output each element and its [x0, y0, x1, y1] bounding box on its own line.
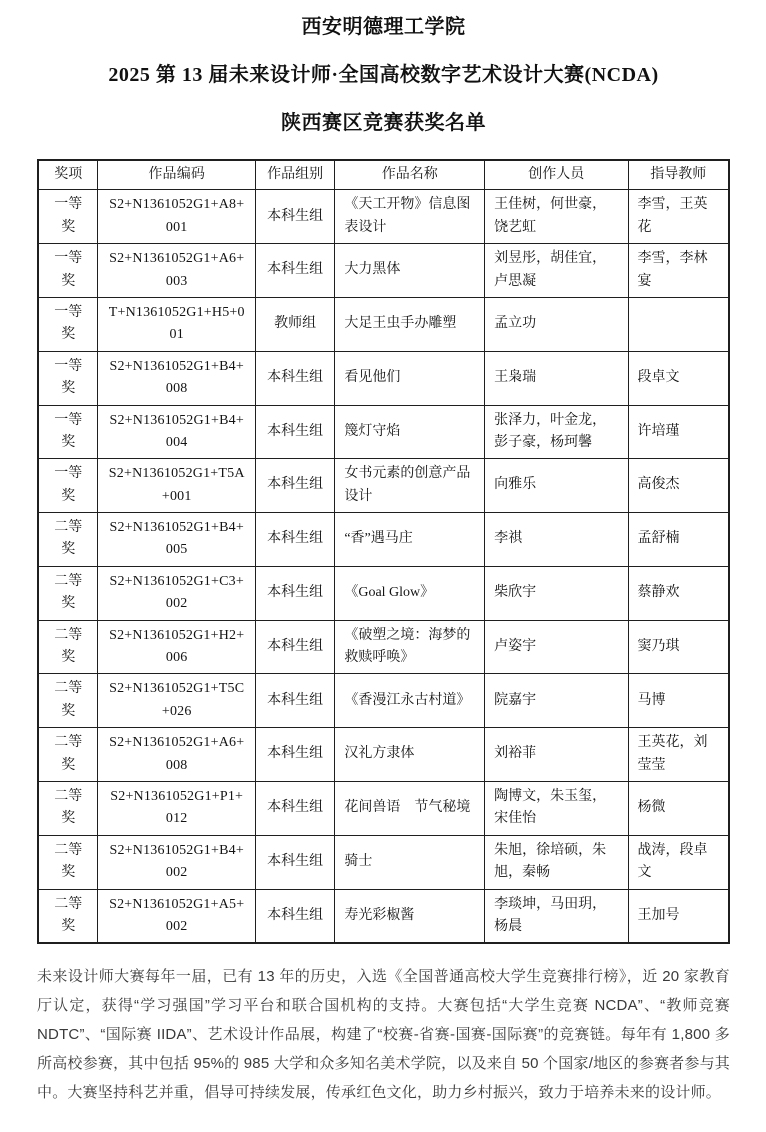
table-cell: 本科生组: [255, 459, 334, 513]
table-cell: S2+N1361052G1+A6+003: [98, 244, 255, 298]
awards-table-head: 奖项作品编码作品组别作品名称创作人员指导教师: [38, 160, 729, 190]
table-cell: 本科生组: [255, 620, 334, 674]
table-cell: 大足王虫手办雕塑: [335, 297, 485, 351]
table-cell: 二等奖: [38, 728, 98, 782]
table-cell: S2+N1361052G1+B4+005: [98, 513, 255, 567]
table-cell: S2+N1361052G1+B4+004: [98, 405, 255, 459]
table-cell: 刘昱彤，胡佳宜，卢思凝: [485, 244, 628, 298]
school-name-title: 西安明德理工学院: [37, 16, 730, 39]
table-cell: 本科生组: [255, 405, 334, 459]
table-row: 一等奖S2+N1361052G1+B4+004本科生组篾灯守焰张泽力，叶金龙，彭…: [38, 405, 729, 459]
table-cell: 张泽力，叶金龙，彭子豪，杨珂馨: [485, 405, 628, 459]
table-cell: 本科生组: [255, 781, 334, 835]
table-cell: 本科生组: [255, 835, 334, 889]
table-cell: 大力黑体: [335, 244, 485, 298]
table-cell: 本科生组: [255, 566, 334, 620]
table-cell: 二等奖: [38, 620, 98, 674]
table-cell: 蔡静欢: [628, 566, 729, 620]
table-cell: 李祺: [485, 513, 628, 567]
table-cell: 一等奖: [38, 459, 98, 513]
table-cell: S2+N1361052G1+C3+002: [98, 566, 255, 620]
table-cell: T+N1361052G1+H5+001: [98, 297, 255, 351]
table-cell: S2+N1361052G1+P1+012: [98, 781, 255, 835]
table-cell: 王英花，刘莹莹: [628, 728, 729, 782]
table-cell: 二等奖: [38, 835, 98, 889]
table-cell: 向雅乐: [485, 459, 628, 513]
table-cell: 王加号: [628, 889, 729, 943]
table-cell: 寿光彩椒酱: [335, 889, 485, 943]
table-cell: 院嘉宇: [485, 674, 628, 728]
table-cell: 朱旭，徐培硕，朱旭，秦畅: [485, 835, 628, 889]
table-cell: S2+N1361052G1+T5A+001: [98, 459, 255, 513]
table-cell: 孟立功: [485, 297, 628, 351]
table-cell: 王枭瑞: [485, 351, 628, 405]
table-cell: 《Goal Glow》: [335, 566, 485, 620]
table-cell: S2+N1361052G1+A6+008: [98, 728, 255, 782]
table-cell: 二等奖: [38, 781, 98, 835]
table-cell: [628, 297, 729, 351]
table-row: 二等奖S2+N1361052G1+B4+005本科生组“香”遇马庄李祺孟舒楠: [38, 513, 729, 567]
table-cell: 段卓文: [628, 351, 729, 405]
table-cell: S2+N1361052G1+B4+008: [98, 351, 255, 405]
table-cell: 孟舒楠: [628, 513, 729, 567]
column-header: 作品名称: [335, 160, 485, 190]
table-row: 二等奖S2+N1361052G1+H2+006本科生组《破塑之境：海梦的救赎呼唤…: [38, 620, 729, 674]
table-cell: 李雪，王英花: [628, 190, 729, 244]
table-row: 二等奖S2+N1361052G1+P1+012本科生组花间兽语 节气秘境陶博文，…: [38, 781, 729, 835]
table-row: 一等奖S2+N1361052G1+T5A+001本科生组女书元素的创意产品设计向…: [38, 459, 729, 513]
table-cell: 李雪，李林宴: [628, 244, 729, 298]
table-cell: 窦乃琪: [628, 620, 729, 674]
table-cell: 高俊杰: [628, 459, 729, 513]
table-cell: 篾灯守焰: [335, 405, 485, 459]
table-cell: 二等奖: [38, 513, 98, 567]
awards-table-body: 一等奖S2+N1361052G1+A8+001本科生组《天工开物》信息图表设计王…: [38, 190, 729, 943]
table-cell: 卢姿宇: [485, 620, 628, 674]
table-cell: 战涛，段卓文: [628, 835, 729, 889]
table-cell: 一等奖: [38, 297, 98, 351]
table-cell: 王佳树，何世豪，饶艺虹: [485, 190, 628, 244]
table-cell: 一等奖: [38, 244, 98, 298]
table-cell: 二等奖: [38, 889, 98, 943]
column-header: 创作人员: [485, 160, 628, 190]
table-cell: S2+N1361052G1+A5+002: [98, 889, 255, 943]
column-header: 作品编码: [98, 160, 255, 190]
column-header: 作品组别: [255, 160, 334, 190]
table-cell: 二等奖: [38, 674, 98, 728]
table-row: 二等奖S2+N1361052G1+B4+002本科生组骑士朱旭，徐培硕，朱旭，秦…: [38, 835, 729, 889]
document-page: 西安明德理工学院 2025 第 13 届未来设计师·全国高校数字艺术设计大赛(N…: [0, 0, 766, 1132]
table-cell: S2+N1361052G1+H2+006: [98, 620, 255, 674]
table-cell: 本科生组: [255, 351, 334, 405]
header-row: 奖项作品编码作品组别作品名称创作人员指导教师: [38, 160, 729, 190]
table-row: 一等奖S2+N1361052G1+A6+003本科生组大力黑体刘昱彤，胡佳宜，卢…: [38, 244, 729, 298]
table-row: 二等奖S2+N1361052G1+C3+002本科生组《Goal Glow》柴欣…: [38, 566, 729, 620]
table-cell: S2+N1361052G1+A8+001: [98, 190, 255, 244]
table-row: 一等奖S2+N1361052G1+B4+008本科生组看见他们王枭瑞段卓文: [38, 351, 729, 405]
table-cell: 本科生组: [255, 728, 334, 782]
table-cell: 汉礼方隶体: [335, 728, 485, 782]
table-cell: 骑士: [335, 835, 485, 889]
table-cell: 许培瑾: [628, 405, 729, 459]
table-cell: 马博: [628, 674, 729, 728]
table-cell: S2+N1361052G1+B4+002: [98, 835, 255, 889]
competition-description: 未来设计师大赛每年一届，已有 13 年的历史，入选《全国普通高校大学生竞赛排行榜…: [37, 963, 730, 1108]
title-block: 西安明德理工学院 2025 第 13 届未来设计师·全国高校数字艺术设计大赛(N…: [37, 16, 730, 135]
table-cell: 一等奖: [38, 405, 98, 459]
column-header: 奖项: [38, 160, 98, 190]
table-row: 一等奖S2+N1361052G1+A8+001本科生组《天工开物》信息图表设计王…: [38, 190, 729, 244]
table-cell: 李琰坤，马田玥，杨晨: [485, 889, 628, 943]
table-row: 二等奖S2+N1361052G1+A5+002本科生组寿光彩椒酱李琰坤，马田玥，…: [38, 889, 729, 943]
table-cell: 《香漫江永古村道》: [335, 674, 485, 728]
table-cell: “香”遇马庄: [335, 513, 485, 567]
table-cell: 本科生组: [255, 674, 334, 728]
table-cell: 陶博文，朱玉玺，宋佳怡: [485, 781, 628, 835]
table-cell: 本科生组: [255, 513, 334, 567]
award-list-title: 陕西赛区竞赛获奖名单: [37, 112, 730, 135]
table-cell: 本科生组: [255, 244, 334, 298]
table-cell: 花间兽语 节气秘境: [335, 781, 485, 835]
table-cell: 《天工开物》信息图表设计: [335, 190, 485, 244]
table-row: 二等奖S2+N1361052G1+T5C+026本科生组《香漫江永古村道》院嘉宇…: [38, 674, 729, 728]
table-row: 二等奖S2+N1361052G1+A6+008本科生组汉礼方隶体刘裕菲王英花，刘…: [38, 728, 729, 782]
awards-table: 奖项作品编码作品组别作品名称创作人员指导教师 一等奖S2+N1361052G1+…: [37, 159, 730, 944]
table-row: 一等奖T+N1361052G1+H5+001教师组大足王虫手办雕塑孟立功: [38, 297, 729, 351]
competition-name-title: 2025 第 13 届未来设计师·全国高校数字艺术设计大赛(NCDA): [37, 64, 730, 87]
table-cell: 本科生组: [255, 889, 334, 943]
table-cell: 柴欣宇: [485, 566, 628, 620]
table-cell: 女书元素的创意产品设计: [335, 459, 485, 513]
table-cell: 《破塑之境：海梦的救赎呼唤》: [335, 620, 485, 674]
table-cell: 一等奖: [38, 190, 98, 244]
table-cell: 二等奖: [38, 566, 98, 620]
column-header: 指导教师: [628, 160, 729, 190]
table-cell: S2+N1361052G1+T5C+026: [98, 674, 255, 728]
table-cell: 教师组: [255, 297, 334, 351]
table-cell: 本科生组: [255, 190, 334, 244]
table-cell: 刘裕菲: [485, 728, 628, 782]
table-cell: 一等奖: [38, 351, 98, 405]
table-cell: 杨微: [628, 781, 729, 835]
table-cell: 看见他们: [335, 351, 485, 405]
